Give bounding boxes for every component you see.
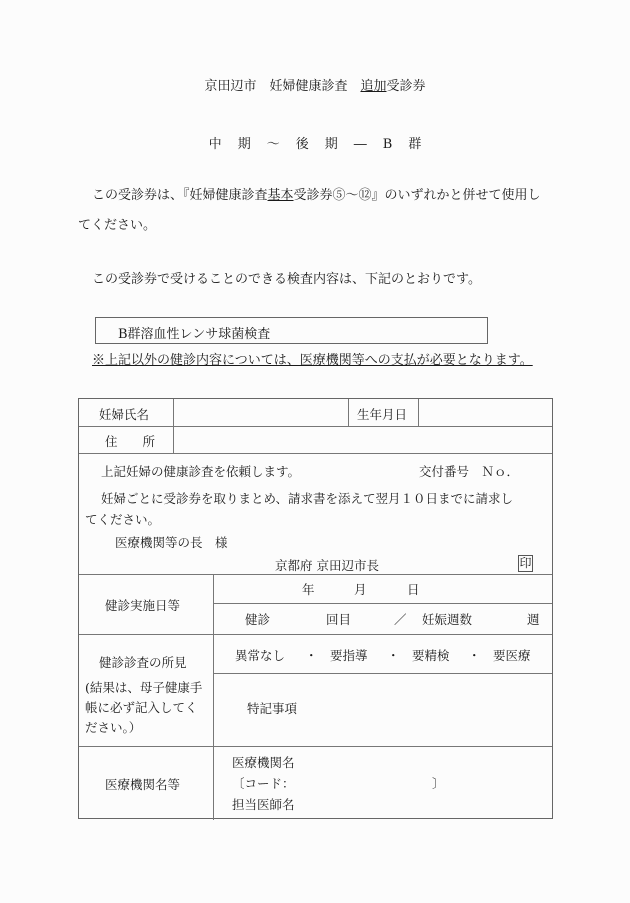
billing-line-1: 妊婦ごとに受診券を取りまとめ、請求書を添えて翌月１０日までに請求し [101, 489, 513, 507]
exam-intro: この受診券で受けることのできる検査内容は、下記のとおりです。 [92, 268, 481, 287]
intro-underlined: 基本 [268, 188, 294, 203]
seal-mark: 印 [518, 555, 533, 572]
pregnancy-weeks-label: 妊娠週数 [422, 610, 472, 628]
divider [79, 634, 552, 635]
institution-section-label: 医療機関名等 [105, 775, 180, 793]
name-label: 妊婦氏名 [99, 405, 149, 423]
page-title: 京田辺市 妊婦健康診査 追加受診券 [0, 75, 630, 94]
intro-text: 受診券⑤～⑫』のいずれかと併せて使用し [294, 188, 541, 203]
intro-text: この受診券は、『妊婦健康診査 [92, 188, 268, 203]
subtitle-part: 群 [408, 137, 421, 152]
divider [418, 399, 419, 426]
divider [213, 603, 552, 604]
date-day: 日 [407, 580, 420, 598]
divider [213, 673, 552, 674]
name-field[interactable] [175, 400, 347, 425]
checkup-count: 回目 [326, 610, 351, 628]
date-year: 年 [302, 580, 315, 598]
subtitle-part: 期 [325, 137, 338, 152]
divider [173, 399, 174, 453]
finding-option-guidance[interactable]: 要指導 [330, 646, 368, 664]
findings-note-line-3: ださい。） [85, 718, 141, 736]
subtitle-part: 期 [238, 137, 251, 152]
findings-note-line-2: 帳に必ず記入してく [85, 698, 198, 716]
code-close: 〕 [432, 774, 445, 792]
intro-line-1: この受診券は、『妊婦健康診査基本受診券⑤～⑫』のいずれかと併せて使用し [92, 184, 541, 203]
divider [79, 574, 552, 575]
request-text: 上記妊婦の健康診査を依頼します。 [101, 462, 300, 480]
subtitle-part: ― [354, 137, 367, 152]
subtitle-part: 後 [296, 137, 309, 152]
voucher-form: 妊婦氏名 生年月日 住 所 上記妊婦の健康診査を依頼します。 交付番号 Ｎｏ． … [78, 398, 553, 819]
weeks-unit: 週 [527, 610, 540, 628]
page-subtitle: 中期～後期―B群 [0, 133, 630, 152]
address-label: 住 所 [105, 432, 155, 450]
special-notes-label: 特記事項 [247, 699, 297, 717]
issuer: 京都府 京田辺市長 [275, 556, 379, 574]
separator-dot: ・ [305, 646, 318, 664]
date-month: 月 [354, 580, 367, 598]
exam-item-box: B群溶血性レンサ球菌検査 [95, 317, 488, 344]
findings-label: 健診診査の所見 [99, 653, 187, 671]
subtitle-part: 中 [209, 137, 222, 152]
separator-dot: ・ [468, 646, 481, 664]
title-underlined: 追加 [360, 79, 386, 94]
exam-date-label: 健診実施日等 [105, 596, 180, 614]
special-notes-field[interactable] [319, 679, 549, 741]
finding-option-detailed-exam[interactable]: 要精検 [412, 646, 450, 664]
billing-line-2: てください。 [85, 510, 160, 528]
divider [79, 746, 552, 747]
intro-line-2: てください。 [78, 214, 156, 233]
subtitle-part: B [383, 137, 393, 152]
institution-name-label: 医療機関名 [232, 753, 295, 771]
code-label: 〔コード： [232, 774, 295, 792]
birthdate-label: 生年月日 [357, 405, 407, 423]
slash: ／ [394, 610, 407, 628]
checkup-label: 健診 [245, 610, 270, 628]
title-suffix: 受診券 [387, 79, 426, 94]
address-field[interactable] [175, 427, 551, 452]
finding-option-treatment[interactable]: 要医療 [493, 646, 531, 664]
divider [213, 574, 214, 820]
issue-number-label: 交付番号 Ｎｏ． [419, 462, 519, 480]
payment-note: ※上記以外の健診内容については、医療機関等への支払が必要となります。 [92, 349, 533, 368]
addressee: 医療機関等の長 様 [115, 533, 228, 551]
subtitle-part: ～ [267, 137, 280, 152]
divider [79, 453, 552, 454]
divider [348, 399, 349, 426]
finding-option-normal[interactable]: 異常なし [235, 646, 285, 664]
title-prefix: 京田辺市 妊婦健康診査 [204, 79, 360, 94]
doctor-label: 担当医師名 [232, 795, 295, 813]
findings-note-line-1: (結果は、母子健康手 [85, 678, 202, 696]
birthdate-field[interactable] [420, 400, 550, 425]
separator-dot: ・ [387, 646, 400, 664]
